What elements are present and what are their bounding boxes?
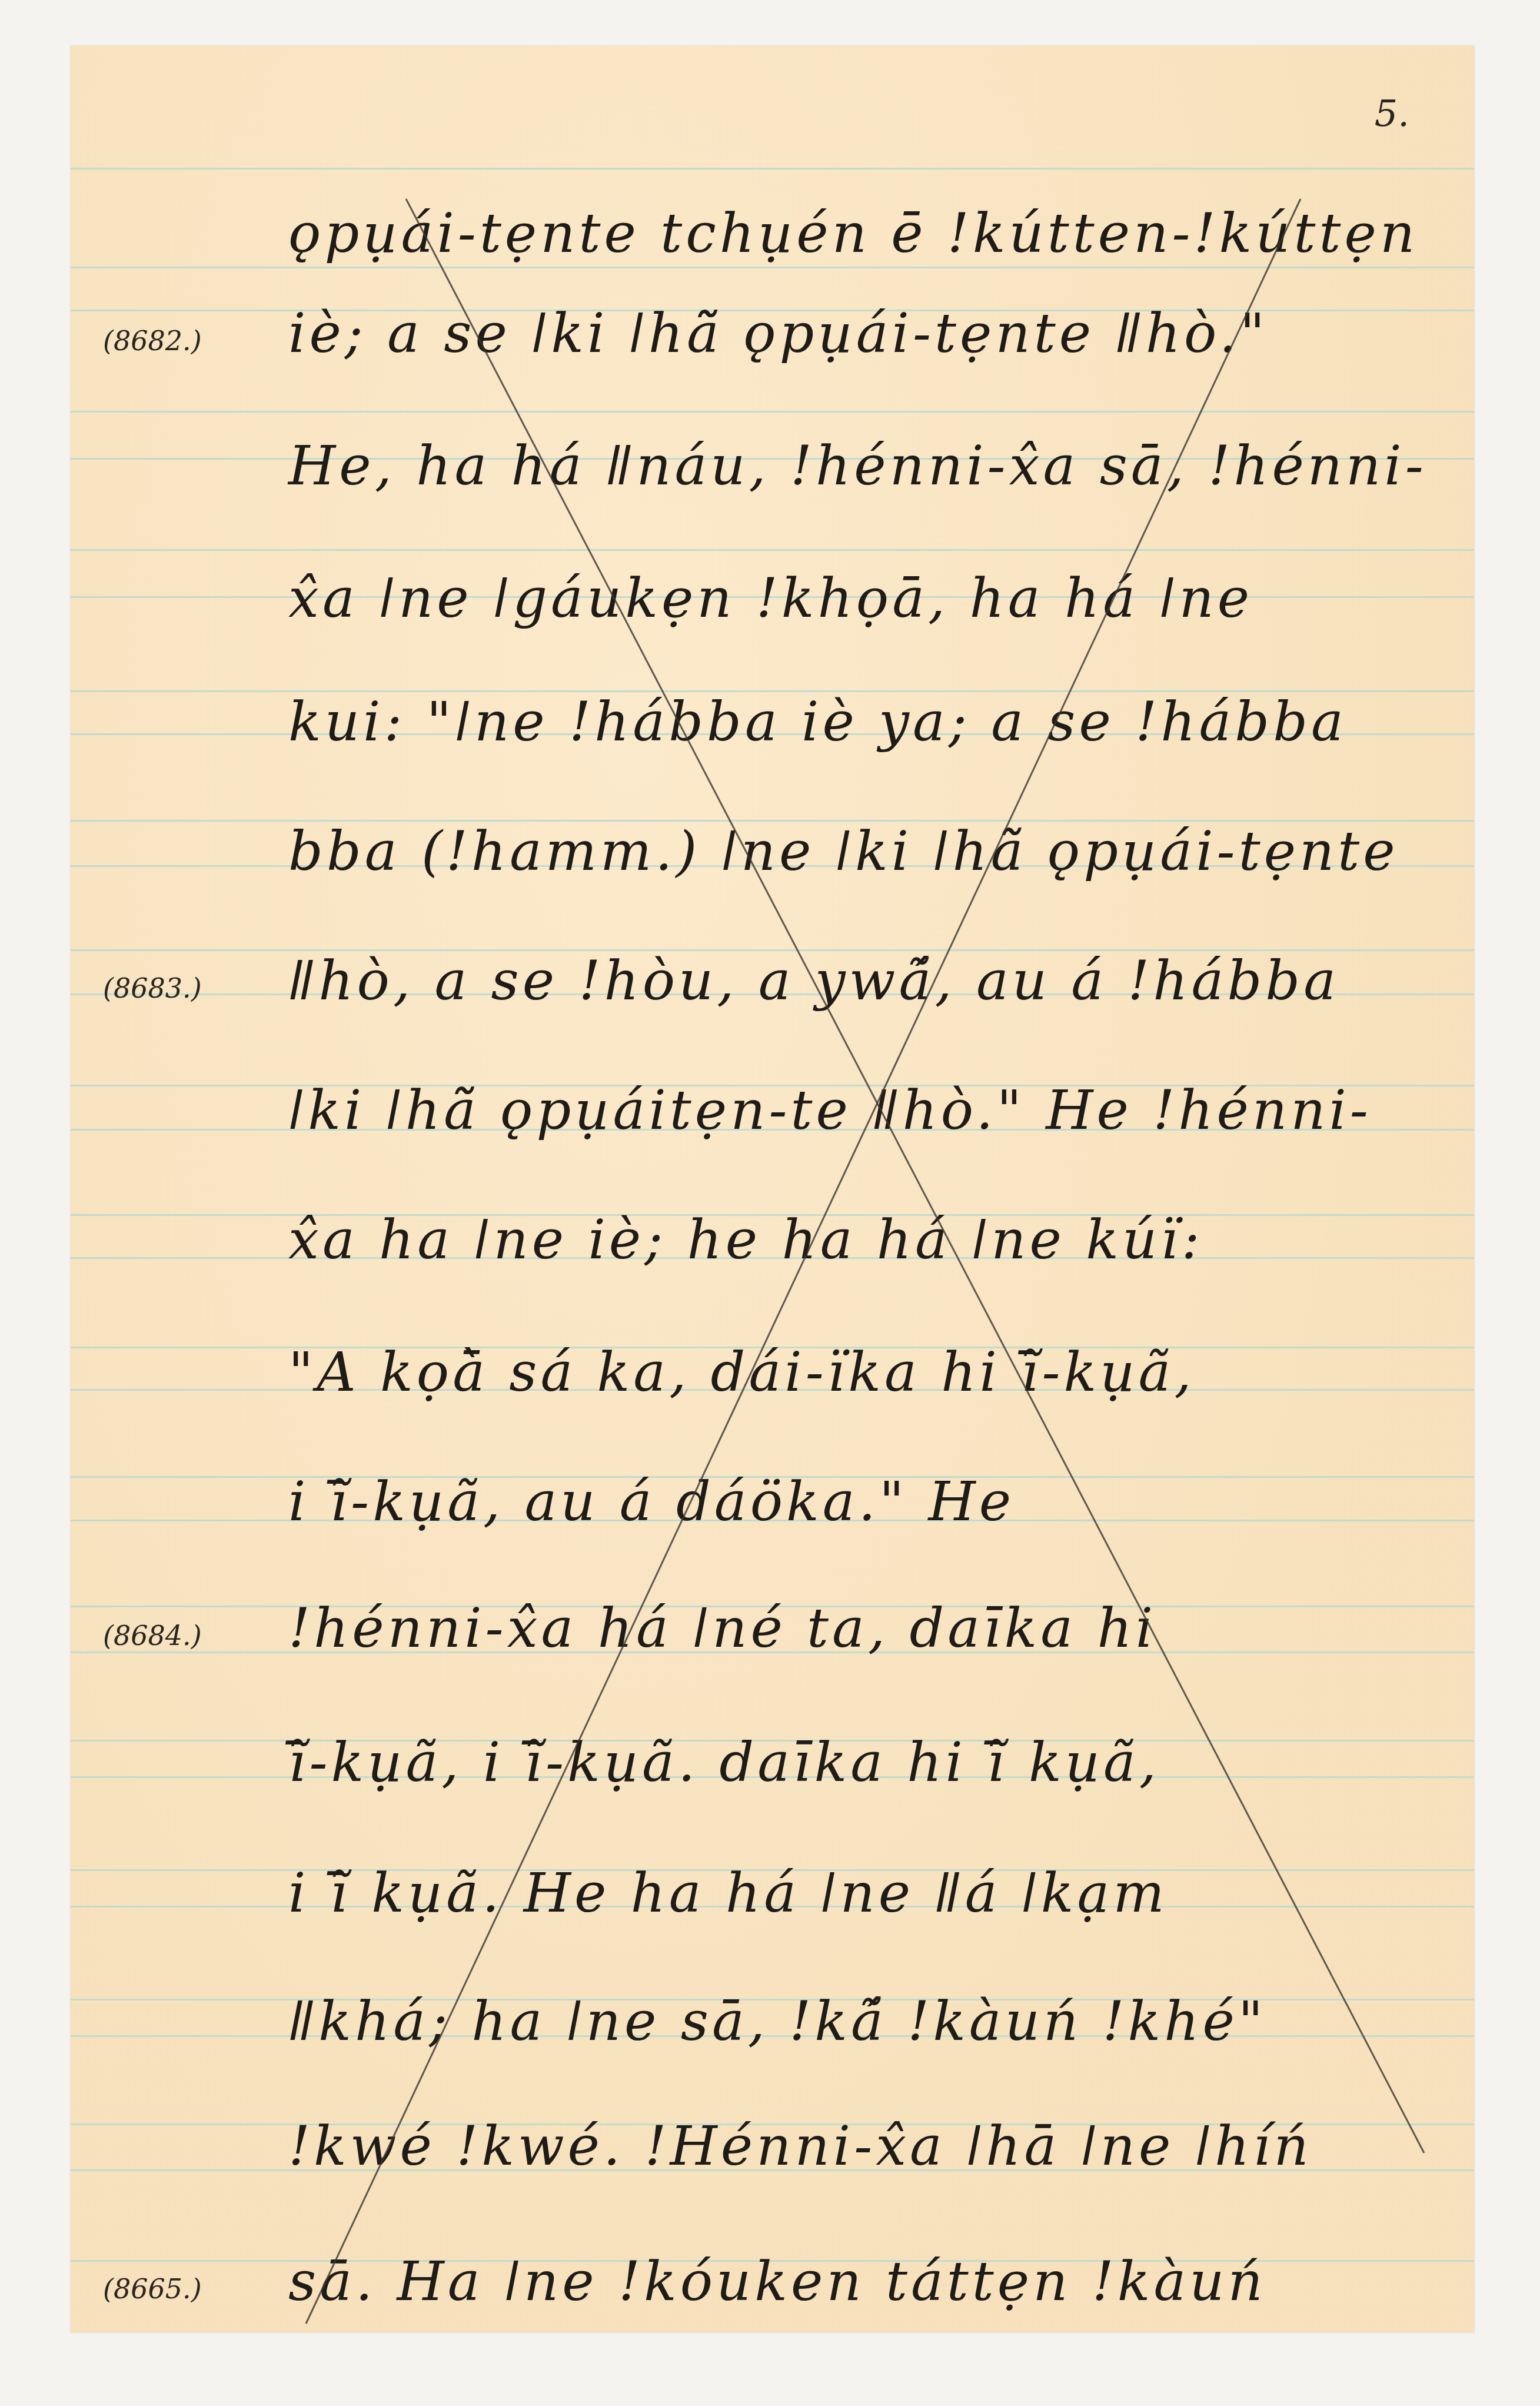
ruled-line — [71, 411, 1474, 413]
manuscript-line: ǀki ǀhã̃ ǫpụáitẹn-te ǁhò." He !hénni- — [71, 1058, 1474, 1146]
line-text: !kwé !kwé. !Hénni-x̂a ǀhā ǀne ǀhíń — [288, 2115, 1312, 2178]
manuscript-line: (8665.) sā. Ha ǀne !kóuken táttẹn !kàuń — [71, 2229, 1474, 2318]
manuscript-line: (8684.) !hénni-x̂a há ǀné ta, daīka hi — [71, 1576, 1474, 1664]
manuscript-line: ǫpụái-tẹnte tchụén ē !kútten-!kúttẹn — [71, 181, 1474, 270]
line-text: kui: "ǀne !hábba iè ya; a se !hábba — [288, 690, 1347, 753]
margin-reference: (8682.) — [103, 325, 202, 357]
manuscript-line: i ĩ̄ kụã. He ha há ǀne ǁá ǀkạm — [71, 1841, 1474, 1929]
manuscript-line: x̂a ha ǀne iè; he ha há ǀne kúï: — [71, 1188, 1474, 1276]
line-text: i ĩ̄-kụã, au á dáöka." He — [288, 1470, 1015, 1533]
line-text: sā. Ha ǀne !kóuken táttẹn !kàuń — [288, 2250, 1266, 2313]
line-text: ǁhò, a se !hòu, a ywã́, au á !hábba — [288, 949, 1339, 1012]
line-text: ǫpụái-tẹnte tchụén ē !kútten-!kúttẹn — [288, 202, 1418, 265]
manuscript-line: ǁkhá; ha ǀne sā, !kã́ !kàuń !khé" — [71, 1969, 1474, 2058]
line-text: He, ha há ǁnáu, !hénni-x̂a sā, !hénni- — [288, 434, 1427, 497]
margin-reference: (8683.) — [103, 972, 202, 1004]
margin-reference: (8684.) — [103, 1620, 202, 1651]
line-text: bba (!hamm.) ǀne ǀki ǀhã̃ ǫpụái-tẹnte — [288, 820, 1399, 883]
line-text: i ĩ̄ kụã. He ha há ǀne ǁá ǀkạm — [288, 1862, 1168, 1925]
manuscript-line: kui: "ǀne !hábba iè ya; a se !hábba — [71, 670, 1474, 758]
manuscript-line: He, ha há ǁnáu, !hénni-x̂a sā, !hénni- — [71, 414, 1474, 502]
line-text: iè; a se ǀki ǀhã̃ ǫpụái-tẹnte ǁhò." — [288, 302, 1268, 365]
manuscript-line: bba (!hamm.) ǀne ǀki ǀhã̃ ǫpụái-tẹnte — [71, 799, 1474, 888]
manuscript-page: 5. ǫpụái-tẹnte tchụén ē !kútten-!kúttẹn … — [71, 46, 1474, 2332]
line-text: ǁkhá; ha ǀne sā, !kã́ !kàuń !khé" — [288, 1990, 1266, 2053]
page-number: 5. — [1375, 92, 1409, 135]
line-text: ĩ̄-kụã, i ĩ̄-kụã. daīka hi ĩ̄ kụã, — [288, 1731, 1160, 1794]
manuscript-line: "A kọā̀ sá ka, dái-ïka hi ĩ̄-kụã, — [71, 1320, 1474, 1408]
manuscript-line: (8682.) iè; a se ǀki ǀhã̃ ǫpụái-tẹnte ǁh… — [71, 281, 1474, 370]
ruled-line — [71, 168, 1474, 170]
line-text: x̂a ha ǀne iè; he ha há ǀne kúï: — [288, 1208, 1203, 1271]
margin-reference: (8665.) — [103, 2273, 202, 2305]
manuscript-line: x̂a ǀne ǀgáukẹn !khọā, ha há ǀne — [71, 546, 1474, 634]
manuscript-line: !kwé !kwé. !Hénni-x̂a ǀhā ǀne ǀhíń — [71, 2094, 1474, 2182]
manuscript-line: i ĩ̄-kụã, au á dáöka." He — [71, 1450, 1474, 1538]
manuscript-line: (8683.) ǁhò, a se !hòu, a ywã́, au á !há… — [71, 929, 1474, 1017]
line-text: x̂a ǀne ǀgáukẹn !khọā, ha há ǀne — [288, 567, 1253, 630]
line-text: !hénni-x̂a há ǀné ta, daīka hi — [288, 1597, 1156, 1660]
line-text: ǀki ǀhã̃ ǫpụáitẹn-te ǁhò." He !hénni- — [288, 1079, 1372, 1142]
manuscript-line: ĩ̄-kụã, i ĩ̄-kụã. daīka hi ĩ̄ kụã, — [71, 1710, 1474, 1799]
line-text: "A kọā̀ sá ka, dái-ïka hi ĩ̄-kụã, — [288, 1341, 1195, 1404]
